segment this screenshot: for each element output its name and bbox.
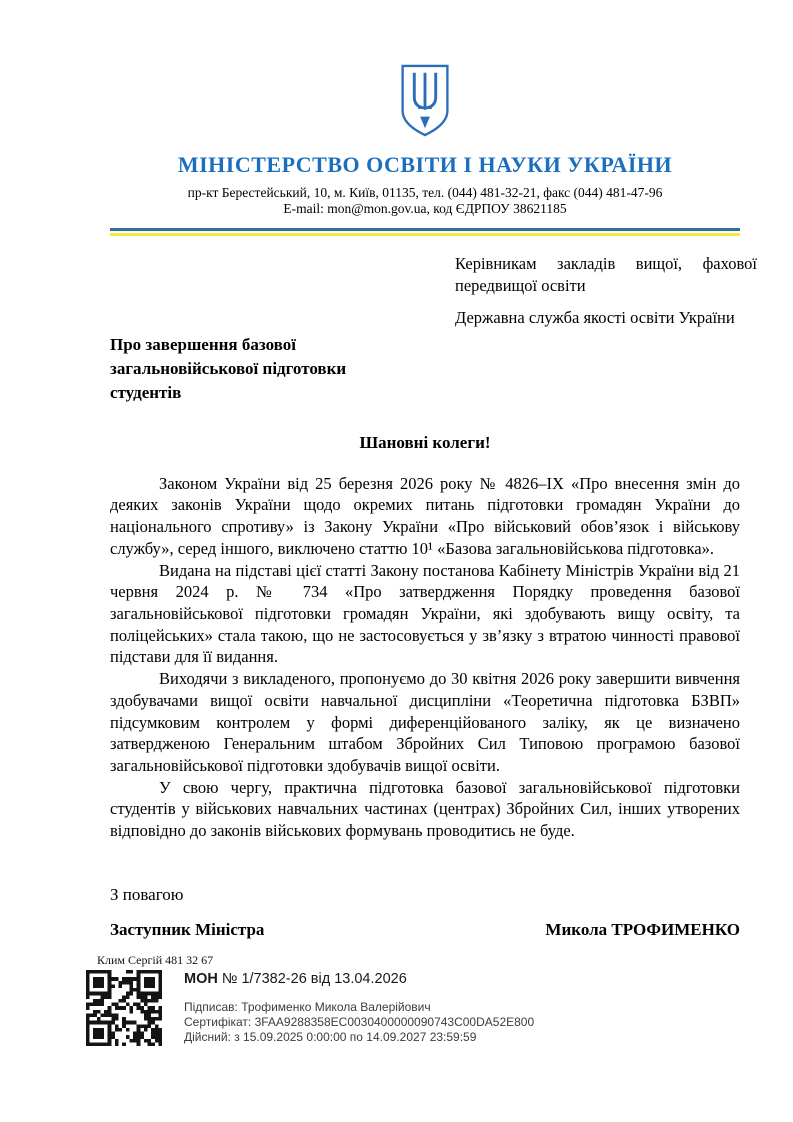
executor-line: Клим Сергій 481 32 67 [97,953,740,968]
divider-yellow-bar [110,233,740,236]
body-paragraph: Виходячи з викладеного, пропонуємо до 30… [110,668,740,777]
recipients-block: Керівникам закладів вищої, фахової перед… [455,253,757,329]
subject-block: Про завершення базової загальновійськово… [110,333,398,406]
recipient-line: Державна служба якості освіти України [455,307,757,329]
document-page: МІНІСТЕРСТВО ОСВІТИ І НАУКИ УКРАЇНИ пр-к… [0,0,793,1122]
signatory-name: Микола ТРОФИМЕНКО [545,920,740,940]
ministry-address: пр-кт Берестейський, 10, м. Київ, 01135,… [110,185,740,201]
letterhead: МІНІСТЕРСТВО ОСВІТИ І НАУКИ УКРАЇНИ пр-к… [110,64,740,236]
recipient-line: Керівникам закладів вищої, фахової перед… [455,253,757,298]
ministry-contact-block: пр-кт Берестейський, 10, м. Київ, 01135,… [110,185,740,217]
coat-of-arms-icon [399,64,451,138]
stamp-text-block: МОН № 1/7382-26 від 13.04.2026 Підписав:… [184,970,534,1045]
body-paragraph: Законом України від 25 березня 2026 року… [110,473,740,560]
greeting: Шановні колеги! [110,433,740,453]
ministry-title: МІНІСТЕРСТВО ОСВІТИ І НАУКИ УКРАЇНИ [110,152,740,178]
registration-org: МОН [184,971,218,987]
certificate-line: Сертифікат: 3FAA9288358EC003040000009074… [184,1015,534,1030]
digital-signature-stamp: МОН № 1/7382-26 від 13.04.2026 Підписав:… [86,970,740,1046]
validity-line: Дійсний: з 15.09.2025 0:00:00 по 14.09.2… [184,1030,534,1045]
qr-code [86,970,162,1046]
signature-row: Заступник Міністра Микола ТРОФИМЕНКО [110,920,740,940]
registration-number: № 1/7382-26 від 13.04.2026 [222,971,407,987]
ministry-email: E-mail: mon@mon.gov.ua, код ЄДРПОУ 38621… [110,201,740,217]
signatory-position: Заступник Міністра [110,920,264,940]
signed-by-line: Підписав: Трофименко Микола Валерійович [184,1000,534,1015]
body-paragraph: Видана на підставі цієї статті Закону по… [110,560,740,669]
letter-body: Законом України від 25 березня 2026 року… [110,473,740,842]
flag-divider [110,228,740,236]
certificate-block: Підписав: Трофименко Микола Валерійович … [184,1000,534,1045]
document-footer: Клим Сергій 481 32 67 МОН № 1/7382-26 ві… [86,953,740,1046]
closing-salutation: З повагою [110,885,740,905]
body-paragraph: У свою чергу, практична підготовка базов… [110,777,740,842]
registration-line: МОН № 1/7382-26 від 13.04.2026 [184,971,534,987]
